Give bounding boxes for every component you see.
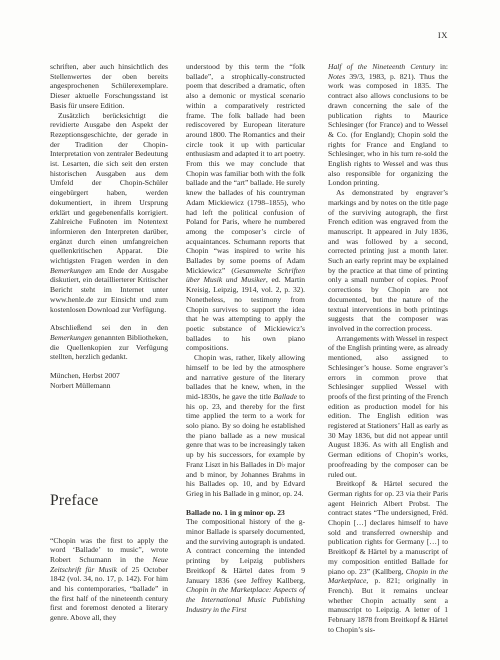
section-heading: Ballade no. 1 in g minor op. 23 — [186, 508, 305, 518]
paragraph: Chopin was, rather, likely allowing hims… — [186, 353, 305, 499]
paragraph: “Chopin was the first to apply the word … — [50, 536, 168, 623]
preface-heading: Preface — [50, 492, 168, 509]
signature-block: München, Herbst 2007Norbert Müllemann — [50, 371, 168, 390]
italic-text: Chopin in the Marketplace — [328, 567, 448, 586]
paragraph: understood by this term the “folk ballad… — [186, 62, 305, 353]
page-number: IX — [328, 30, 448, 40]
italic-text: Gesammelte Schriften über Musik und Musi… — [186, 266, 305, 285]
column-middle: understood by this term the “folk ballad… — [186, 62, 305, 614]
paragraph: schriften, aber auch hinsichtlich des St… — [50, 62, 168, 111]
paragraph: Breitkopf & Härtel secured the German ri… — [328, 479, 448, 634]
italic-text: Notes — [328, 72, 345, 81]
signature-place-date: München, Herbst 2007 — [50, 371, 168, 381]
book-page: IX schriften, aber auch hinsichtlich des… — [0, 0, 500, 660]
paragraph: Half of the Nineteenth Century in: Notes… — [328, 62, 448, 188]
paragraph: Arrangements with Wessel in respect of t… — [328, 334, 448, 480]
column-left: schriften, aber auch hinsichtlich des St… — [50, 62, 168, 623]
italic-text: Chopin in the Marketplace: Aspects of th… — [186, 585, 305, 613]
italic-text: Neue Zeitschrift für Musik — [50, 555, 168, 574]
paragraph: Abschließend sei den in den Bemerkungen … — [50, 323, 168, 362]
signature-author: Norbert Müllemann — [50, 381, 168, 391]
paragraph: The compositional history of the g-minor… — [186, 517, 305, 614]
italic-text: Ballade — [273, 392, 297, 401]
column-right: Half of the Nineteenth Century in: Notes… — [328, 62, 448, 634]
italic-text: Bemerkungen — [50, 333, 92, 342]
paragraph: As demonstrated by engraver’s markings a… — [328, 188, 448, 334]
italic-text: Bemerkungen — [50, 266, 92, 275]
paragraph: Zusätzlich berücksichtigt die revidierte… — [50, 111, 168, 315]
italic-text: Half of the Nineteenth Century — [328, 62, 435, 71]
